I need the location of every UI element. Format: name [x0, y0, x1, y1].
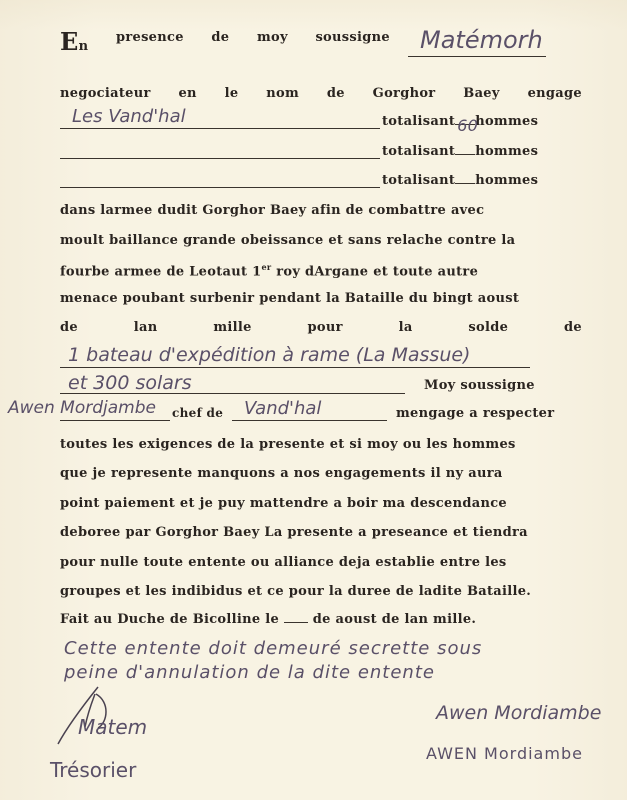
payment-value-1: 1 bateau d'expédition à rame (La Massue)	[68, 344, 470, 366]
negotiator-name-field[interactable]	[408, 56, 546, 57]
group-row-3: totalisanthommes	[382, 173, 582, 188]
chef-line-rest: mengage a respecter	[396, 406, 584, 421]
payment-field-1[interactable]	[60, 367, 530, 368]
group-row-2: totalisanthommes	[382, 144, 582, 159]
group-field-2[interactable]	[60, 158, 380, 159]
intro-line: En presence de moy soussigne	[60, 30, 390, 54]
negotiator-line: negociateur en le nom de Gorghor Baey en…	[60, 86, 582, 101]
body-line: que je represente manquons a nos engagem…	[60, 466, 582, 481]
body-line: deboree par Gorghor Baey La presente a p…	[60, 525, 582, 540]
intro-text: En	[60, 30, 88, 54]
left-title: Trésorier	[50, 758, 136, 782]
chief-group-field[interactable]	[232, 420, 387, 421]
fait-line: Fait au Duche de Bicolline le de aoust d…	[60, 612, 582, 627]
body-line: menace poubant surbenir pendant la Batai…	[60, 291, 582, 306]
left-signature: Matem	[78, 715, 147, 739]
body-line: pour nulle toute entente ou alliance dej…	[60, 555, 582, 570]
handwritten-note-line-2: peine d'annulation de la dite entente	[64, 662, 435, 683]
body-line: groupes et les indibidus et ce pour la d…	[60, 584, 582, 599]
body-line: point paiement et je puy mattendre a boi…	[60, 496, 582, 511]
solde-line: de lan mille pour la solde de	[60, 320, 582, 335]
drop-cap: E	[60, 27, 79, 56]
body-line: moult baillance grande obeissance et san…	[60, 233, 582, 248]
group-value-1: Les Vand'hal	[72, 106, 186, 127]
body-line: fourbe armee de Leotaut 1er roy dArgane …	[60, 262, 582, 279]
chief-name-field[interactable]	[60, 420, 170, 421]
count-field-2[interactable]	[455, 154, 475, 155]
right-printed-name: AWEN Mordiambe	[426, 744, 583, 763]
chief-name-value: Awen Mordjambe	[8, 398, 156, 418]
body-line: toutes les exigences de la presente et s…	[60, 437, 582, 452]
moy-soussigne: Moy soussigne	[424, 378, 584, 393]
group-field-1[interactable]	[60, 128, 380, 129]
handwritten-note-line-1: Cette entente doit demeuré secrette sous	[64, 638, 482, 659]
body-line: dans larmee dudit Gorghor Baey afin de c…	[60, 203, 582, 218]
day-field[interactable]	[284, 622, 308, 623]
count-field-1[interactable]: 60	[455, 124, 475, 125]
count-field-3[interactable]	[455, 183, 475, 184]
chef-de-label: chef de	[172, 406, 222, 420]
group-row-1: totalisant60hommes	[382, 114, 582, 129]
chief-group-value: Vand'hal	[244, 398, 321, 419]
group-field-3[interactable]	[60, 187, 380, 188]
payment-value-2: et 300 solars	[68, 372, 192, 394]
negotiator-name-value: Matémorh	[420, 26, 543, 54]
right-signature: Awen Mordiambe	[436, 702, 601, 724]
